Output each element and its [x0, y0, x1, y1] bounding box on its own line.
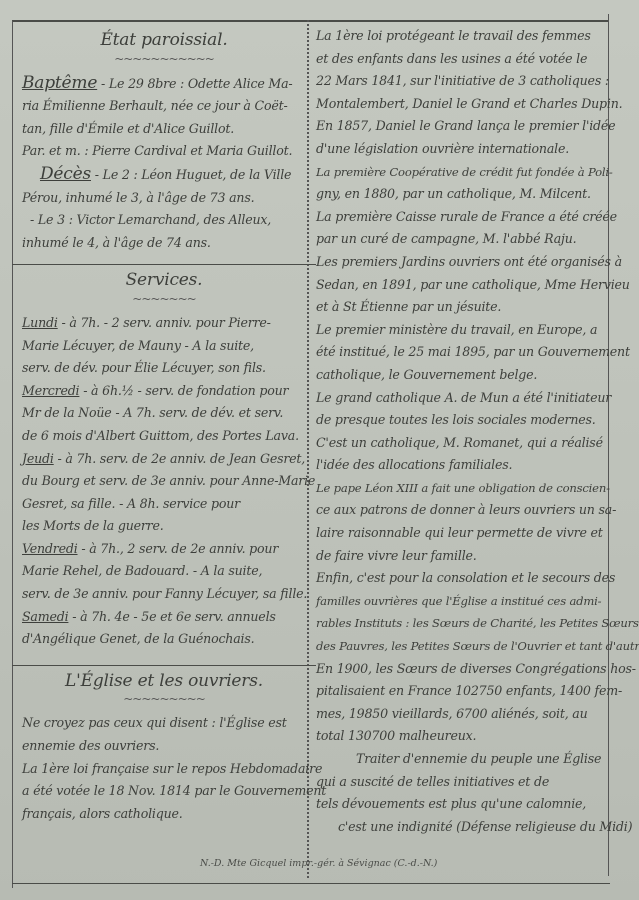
- service-line: Samedi - à 7h. 4e - 5e et 6e serv. annue…: [22, 606, 306, 629]
- eglise-title: L'Église et les ouvriers.: [22, 670, 306, 693]
- deces-line: Pérou, inhumé le 3, à l'âge de 73 ans.: [22, 187, 306, 210]
- bapteme-entry: Baptême - Le 29 8bre : Odette Alice Ma-: [22, 72, 306, 96]
- article-line: familles ouvrières que l'Église a instit…: [316, 590, 608, 613]
- article-line: laire raisonnable qui leur permette de v…: [316, 522, 608, 545]
- etat-paroissial-title: État paroissial.: [22, 29, 306, 52]
- service-line: du Bourg et serv. de 3e anniv. pour Anne…: [22, 470, 306, 493]
- article-line: tels dévouements est plus qu'une calomni…: [316, 793, 608, 816]
- deces-line: inhumé le 4, à l'âge de 74 ans.: [22, 232, 306, 255]
- parish-bulletin-page: État paroissial. ~~~~~~~~~~~ Baptême - L…: [0, 0, 639, 900]
- article-line: de presque toutes les lois sociales mode…: [316, 409, 608, 432]
- deces-line: - Le 3 : Victor Lemarchand, des Alleux,: [22, 209, 306, 232]
- deces-label: Décès: [40, 164, 91, 184]
- service-day-label: Mercredi: [22, 383, 79, 398]
- page-frame-right-border: [608, 14, 609, 876]
- article-line: Montalembert, Daniel le Grand et Charles…: [316, 93, 608, 116]
- article-line: En 1900, les Sœurs de diverses Congrégat…: [316, 658, 608, 681]
- article-line: rables Instituts : les Sœurs de Charité,…: [316, 612, 608, 635]
- article-line: et à St Étienne par un jésuite.: [316, 296, 608, 319]
- article-line: Le pape Léon XIII a fait une obligation …: [316, 477, 608, 500]
- services-title: Services.: [22, 269, 306, 292]
- article-line: Sedan, en 1891, par une catholique, Mme …: [316, 274, 608, 297]
- services-list: Lundi - à 7h. - 2 serv. anniv. pour Pier…: [22, 312, 306, 651]
- service-day-label: Lundi: [22, 315, 58, 330]
- eglise-line: Ne croyez pas ceux qui disent : l'Église…: [22, 712, 306, 735]
- article-line: Le premier ministère du travail, en Euro…: [316, 319, 608, 342]
- article-line: gny, en 1880, par un catholique, M. Milc…: [316, 183, 608, 206]
- article-line: Traiter d'ennemie du peuple une Église: [316, 748, 608, 771]
- printer-footnote: N.-D. Mte Gicquel impr.-gér. à Sévignac …: [200, 858, 437, 869]
- service-line: Marie Lécuyer, de Mauny - A la suite,: [22, 335, 306, 358]
- service-line: les Morts de la guerre.: [22, 515, 306, 538]
- service-day-label: Jeudi: [22, 451, 54, 466]
- left-column: État paroissial. ~~~~~~~~~~~ Baptême - L…: [22, 25, 306, 825]
- service-line: d'Angélique Genet, de la Guénochais.: [22, 628, 306, 651]
- bapteme-label: Baptême: [22, 73, 97, 93]
- eglise-line: La 1ère loi française sur le repos Hebdo…: [22, 758, 306, 781]
- article-line: Enfin, c'est pour la consolation et le s…: [316, 567, 608, 590]
- service-line: Lundi - à 7h. - 2 serv. anniv. pour Pier…: [22, 312, 306, 335]
- service-line: Jeudi - à 7h. serv. de 2e anniv. de Jean…: [22, 448, 306, 471]
- article-line: En 1857, Daniel le Grand lança le premie…: [316, 115, 608, 138]
- service-line: Gesret, sa fille. - A 8h. service pour: [22, 493, 306, 516]
- article-line: c'est une indignité (Défense religieuse …: [316, 816, 608, 839]
- title-separator: ~~~~~~~~~~~: [22, 52, 306, 66]
- right-column: La 1ère loi protégeant le travail des fe…: [316, 25, 608, 838]
- deces-entry: Décès - Le 2 : Léon Huguet, de la Ville: [22, 163, 306, 187]
- article-line: ce aux patrons de donner à leurs ouvrier…: [316, 499, 608, 522]
- section-divider: [12, 264, 316, 265]
- article-line: Le grand catholique A. de Mun a été l'in…: [316, 387, 608, 410]
- article-line: La 1ère loi protégeant le travail des fe…: [316, 25, 608, 48]
- bapteme-line: tan, fille d'Émile et d'Alice Guillot.: [22, 118, 306, 141]
- article-line: total 130700 malheureux.: [316, 725, 608, 748]
- article-line: catholique, le Gouvernement belge.: [316, 364, 608, 387]
- article-line: pitalisaient en France 102750 enfants, 1…: [316, 680, 608, 703]
- article-line: des Pauvres, les Petites Sœurs de l'Ouvr…: [316, 635, 608, 658]
- service-line: Mercredi - à 6h.½ - serv. de fondation p…: [22, 380, 306, 403]
- article-line: C'est un catholique, M. Romanet, qui a r…: [316, 432, 608, 455]
- page-frame-bottom-border: [12, 883, 610, 884]
- service-day-label: Samedi: [22, 609, 68, 624]
- eglise-line: a été votée le 18 Nov. 1814 par le Gouve…: [22, 780, 306, 803]
- service-line: Mr de la Noüe - A 7h. serv. de dév. et s…: [22, 402, 306, 425]
- service-line: Vendredi - à 7h., 2 serv. de 2e anniv. p…: [22, 538, 306, 561]
- section-divider: [12, 665, 316, 666]
- article-line: d'une législation ouvrière international…: [316, 138, 608, 161]
- title-separator: ~~~~~~~~~: [22, 692, 306, 706]
- article-line: de faire vivre leur famille.: [316, 545, 608, 568]
- title-separator: ~~~~~~~: [22, 292, 306, 306]
- article-line: mes, 19850 vieillards, 6700 aliénés, soi…: [316, 703, 608, 726]
- article-line: et des enfants dans les usines a été vot…: [316, 48, 608, 71]
- service-line: Marie Rehel, de Badouard. - A la suite,: [22, 560, 306, 583]
- service-line: serv. de 3e anniv. pour Fanny Lécuyer, s…: [22, 583, 306, 606]
- column-divider: [307, 20, 311, 878]
- service-line: serv. de dév. pour Élie Lécuyer, son fil…: [22, 357, 306, 380]
- bapteme-godparents: Par. et m. : Pierre Cardival et Maria Gu…: [22, 140, 306, 163]
- bapteme-line: ria Émilienne Berhault, née ce jour à Co…: [22, 95, 306, 118]
- article-line: La première Coopérative de crédit fut fo…: [316, 161, 608, 184]
- article-line: l'idée des allocations familiales.: [316, 454, 608, 477]
- article-line: par un curé de campagne, M. l'abbé Raju.: [316, 228, 608, 251]
- article-line: qui a suscité de telles initiatives et d…: [316, 771, 608, 794]
- article-line: 22 Mars 1841, sur l'initiative de 3 cath…: [316, 70, 608, 93]
- article-line: La première Caisse rurale de France a ét…: [316, 206, 608, 229]
- article-line: Les premiers Jardins ouvriers ont été or…: [316, 251, 608, 274]
- eglise-line: français, alors catholique.: [22, 803, 306, 826]
- eglise-line: ennemie des ouvriers.: [22, 735, 306, 758]
- service-line: de 6 mois d'Albert Guittom, des Portes L…: [22, 425, 306, 448]
- article-line: été institué, le 25 mai 1895, par un Gou…: [316, 341, 608, 364]
- service-day-label: Vendredi: [22, 541, 78, 556]
